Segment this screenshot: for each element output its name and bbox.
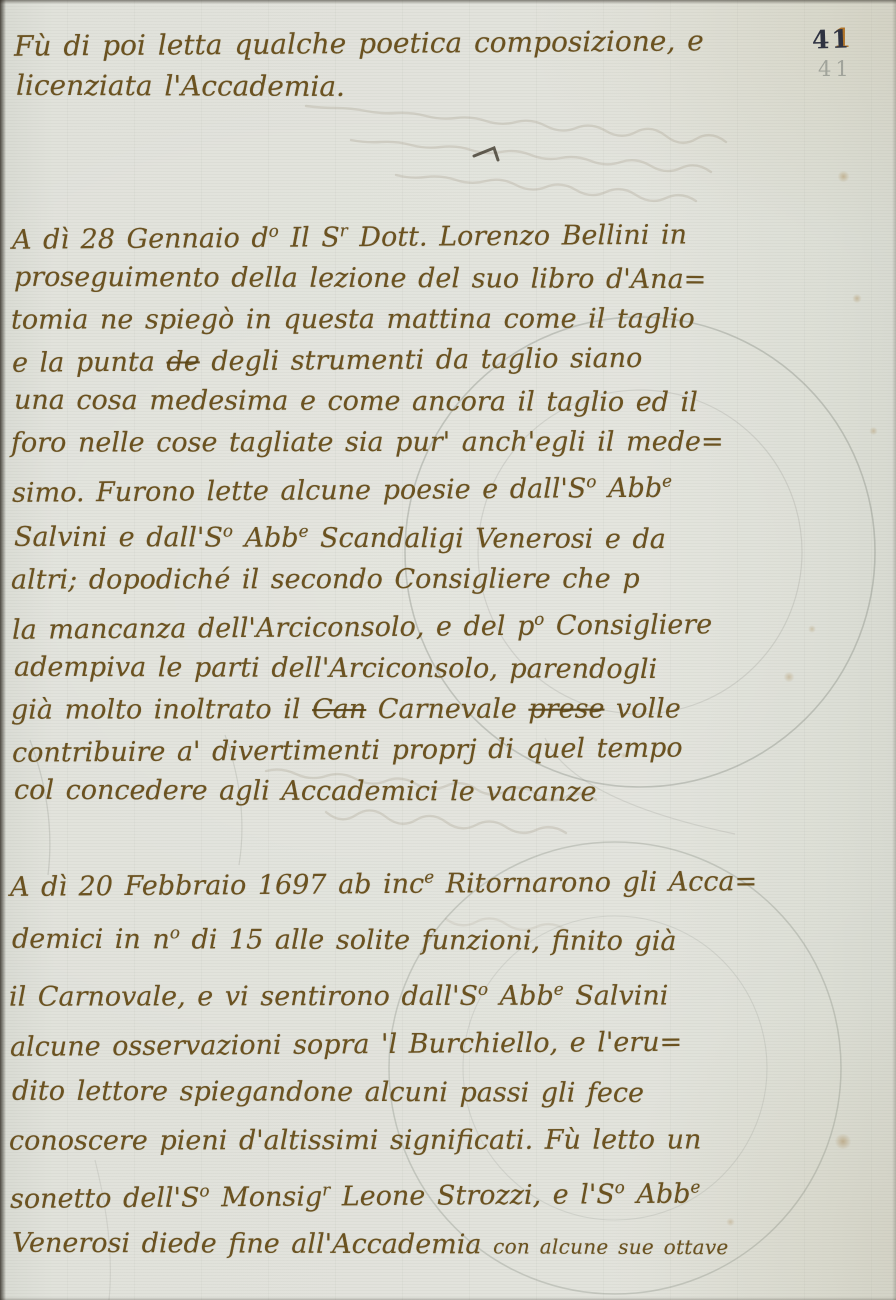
manuscript-line: Venerosi diede fine all'Accademia con al… xyxy=(12,1220,759,1272)
entry-28-gennaio-paragraph: A dì 28 Gennaio do Il Sr Dott. Lorenzo B… xyxy=(12,210,725,812)
manuscript-line: A dì 28 Gennaio do Il Sr Dott. Lorenzo B… xyxy=(12,207,725,261)
foxing-stain xyxy=(834,1134,852,1149)
manuscript-line: una cosa medesima e come ancora il tagli… xyxy=(14,380,727,423)
manuscript-line: la mancanza dell'Arciconsolo, e del po C… xyxy=(12,597,725,651)
scan-edge-right xyxy=(892,0,896,1300)
foxing-stain xyxy=(837,171,850,182)
foxing-stain xyxy=(852,294,862,303)
manuscript-line: proseguimento della lezione del suo libr… xyxy=(14,257,727,300)
manuscript-line: alcune osservazioni sopra 'l Burchiello,… xyxy=(10,1018,758,1072)
manuscript-line: adempiva le parti dell'Arciconsolo, pare… xyxy=(14,647,727,690)
foxing-stain xyxy=(783,672,795,682)
manuscript-line: già molto inoltrato il Can Carnevale pre… xyxy=(11,688,724,730)
folio-number-ink: 41 xyxy=(812,24,852,54)
closing-note-paragraph: Fù di poi letta qualche poetica composiz… xyxy=(14,22,704,108)
manuscript-line: tomia ne spiegò in questa mattina come i… xyxy=(11,298,724,340)
manuscript-line: e la punta de degli strumenti da taglio … xyxy=(12,337,725,384)
folio-number-group: 1 41 41 xyxy=(810,24,880,94)
manuscript-line: A dì 20 Febbraio 1697 ab ince Ritornaron… xyxy=(10,850,758,912)
manuscript-line: conoscere pieni d'altissimi significati.… xyxy=(9,1116,756,1165)
foxing-stain xyxy=(808,625,816,633)
manuscript-page: 1 41 41 Fù di poi letta qualche poetica … xyxy=(0,0,896,1300)
manuscript-line: foro nelle cose tagliate sia pur' anch'e… xyxy=(11,421,724,463)
scan-edge-top xyxy=(0,0,896,4)
folio-number-pencil: 41 xyxy=(818,57,853,81)
foxing-stain xyxy=(869,427,878,435)
manuscript-line: Fù di poi letta qualche poetica composiz… xyxy=(14,19,704,67)
manuscript-line: dito lettore spiegandone alcuni passi gl… xyxy=(12,1068,759,1119)
manuscript-line: il Carnovale, e vi sentirono dall'So Abb… xyxy=(9,964,756,1021)
manuscript-line: sonetto dell'So Monsigr Leone Strozzi, e… xyxy=(10,1162,758,1224)
manuscript-line: simo. Furono lette alcune poesie e dall'… xyxy=(12,460,725,514)
scan-edge-left xyxy=(0,0,6,1300)
manuscript-line: demici in no di 15 alle solite funzioni,… xyxy=(12,908,759,967)
manuscript-line: contribuire a' divertimenti proprj di qu… xyxy=(12,727,725,774)
entry-20-febbraio-paragraph: A dì 20 Febbraio 1697 ab ince Ritornaron… xyxy=(10,853,757,1270)
pen-mark xyxy=(470,140,510,166)
manuscript-line: altri; dopodiché il secondo Consigliere … xyxy=(11,558,724,600)
manuscript-line: Salvini e dall'So Abbe Scandaligi Venero… xyxy=(14,510,727,560)
manuscript-line: col concedere agli Accademici le vacanze xyxy=(14,770,727,813)
manuscript-line: licenziata l'Accademia. xyxy=(16,64,706,109)
